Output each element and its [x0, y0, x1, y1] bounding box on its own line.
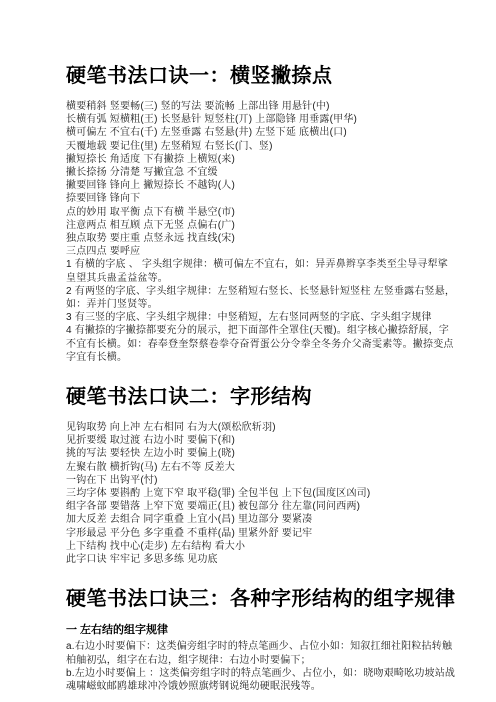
section-composition-rules: 硬笔书法口诀三：各种字形结构的组字规律 一 左右结的组字规律 a.右边小时要偏下… [66, 587, 456, 693]
text-line: 组字各部 要错落 上窄下宽 要端正(且) 被包部分 往左靠(同问西两) [66, 500, 456, 513]
numbered-rule-4: 4 有撇捺的字撇捺都要充分的展示，把下面部件全罩住(天覆)。组字核心撇捺舒展，字… [66, 324, 456, 364]
text-line: 独点取势 要庄重 点竖永远 找直线(宋) [66, 232, 456, 245]
text-line: 注意两点 相互顾 点下无竖 点偏右(广) [66, 219, 456, 232]
section-character-structure: 硬笔书法口诀二：字形结构 见钩取势 向上冲 左右相同 右为大(颂松欣斩羽) 见折… [66, 385, 456, 566]
document-page: 硬笔书法口诀一：横竖撇捺点 横要稍斜 竖要畅(三) 竖的写法 要流畅 上部出锋 … [0, 0, 496, 702]
text-line: 加大反差 去组合 同字重叠 上宜小(昌) 里边部分 要紧凑 [66, 513, 456, 526]
rule-b-paragraph: b.左边小时要偏上 ：这类偏旁组字时的特点笔画少、占位小，如：晓吻艰畸吆功坡站战… [66, 667, 456, 693]
section-stroke-formula: 硬笔书法口诀一：横竖撇捺点 横要稍斜 竖要畅(三) 竖的写法 要流畅 上部出锋 … [66, 64, 456, 364]
text-line: 三均字体 要斟酌 上宽下窄 取平稳(罪) 全包半包 上下包(国度区凶司) [66, 487, 456, 500]
numbered-rule-2: 2 有两竖的字底、字头组字规律：左竖稍短右竖长、长竖悬针短竖柱 左竖垂露右竖悬，… [66, 285, 456, 311]
text-line: 撇短捺长 角适度 下有撇捺 上横短(来) [66, 153, 456, 166]
text-line: 左聚右散 横折钩(马) 左右不等 反差大 [66, 461, 456, 474]
text-line: 长横有弧 短横粗(王) 长竖悬针 短竖柱(丌) 上部隐锋 用垂露(甲华) [66, 113, 456, 126]
text-line: 见钩取势 向上冲 左右相同 右为大(颂松欣斩羽) [66, 421, 456, 434]
numbered-rule-1: 1 有横的字底 、 字头组字规律：横可偏左不宜右，如：异弄鼻辫享李类至尘导寻犁挲… [66, 258, 456, 284]
text-line: 见折要缓 取过渡 右边小时 要偏下(和) [66, 434, 456, 447]
numbered-rule-3: 3 有三竖的字底、字头组字规律：中竖稍短，左右竖同两竖的字底、字头组字规律 [66, 311, 456, 324]
left-right-structure-subheading: 一 左右结的组字规律 [66, 623, 456, 637]
section-1-title: 硬笔书法口诀一：横竖撇捺点 [66, 64, 456, 89]
text-line: 横可偏左 不宜右(千) 左竖垂露 右竖悬(井) 左竖下延 底横出(口) [66, 126, 456, 139]
text-line: 横要稍斜 竖要畅(三) 竖的写法 要流畅 上部出锋 用悬针(中) [66, 100, 456, 113]
text-line: 撇要回锋 锋向上 撇短捺长 不越钩(人) [66, 179, 456, 192]
text-line: 此字口诀 牢牢记 多思多练 见功底 [66, 553, 456, 566]
text-line: 天覆地载 要记住(里) 左竖稍短 右竖长(门、竖) [66, 140, 456, 153]
rule-a-paragraph: a.右边小时要偏下：这类偏旁组字时的特点笔画少、占位小如：知叙扛细社阳粒拈转触柏… [66, 640, 456, 666]
text-line: 挑的写法 要轻快 左边小时 要偏上(晓) [66, 447, 456, 460]
text-line: 捺要回锋 锋向下 [66, 192, 456, 205]
section-2-title: 硬笔书法口诀二：字形结构 [66, 385, 456, 410]
text-line: 撇长捺扬 分清楚 写撇宜急 不宜缓 [66, 166, 456, 179]
text-line: 上下结构 找中心(走步) 左右结构 看大小 [66, 540, 456, 553]
text-line: 字形最忌 平分色 多字重叠 不重样(晶) 里紧外舒 要记牢 [66, 527, 456, 540]
text-line: 一钩在下 出钩平(忖) [66, 474, 456, 487]
section-3-title: 硬笔书法口诀三：各种字形结构的组字规律 [66, 587, 456, 612]
text-line: 点的妙用 取平衡 点下有横 半悬空(市) [66, 206, 456, 219]
document-content: 硬笔书法口诀一：横竖撇捺点 横要稍斜 竖要畅(三) 竖的写法 要流畅 上部出锋 … [0, 0, 496, 693]
text-line: 三点四点 要呼应 [66, 245, 456, 258]
